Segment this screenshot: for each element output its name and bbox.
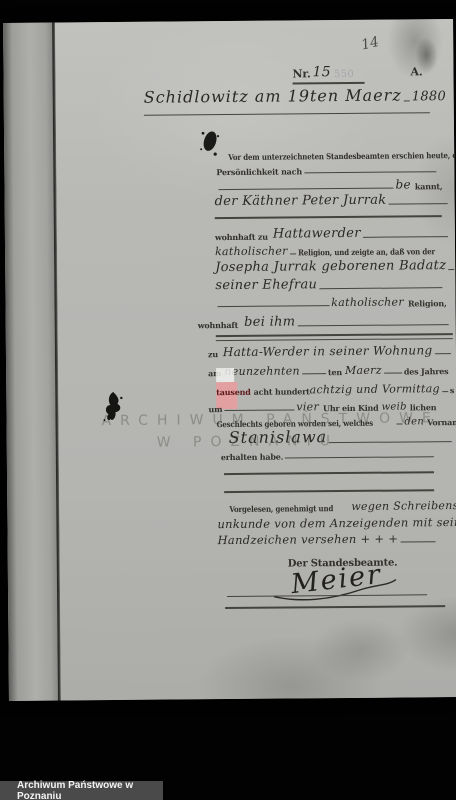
printed-tausend-highlighted: tausend xyxy=(216,387,250,397)
printed-ten: ten xyxy=(328,367,342,377)
handwritten-religion1: katholischer xyxy=(215,245,288,259)
handwritten-weib: weib xyxy=(381,401,406,412)
archive-viewer-screen: 14 Nr. 15 550 A. Schidlowitz am 19ten Ma… xyxy=(0,0,456,800)
handwritten-be: be xyxy=(395,177,411,191)
form-line-ehefrau: seiner Ehefrau xyxy=(215,276,444,293)
form-line-bei-ihm: wohnhaft bei ihm xyxy=(198,313,451,330)
dateline-rule xyxy=(404,100,410,101)
printed-zu: zu xyxy=(208,349,218,359)
blank-rule xyxy=(363,236,448,238)
handwritten-day: neunzehnten xyxy=(224,364,300,378)
faint-stamp-number: 550 xyxy=(334,69,354,80)
blank-rule xyxy=(396,424,402,425)
ink-smudge xyxy=(401,27,444,89)
blank-rule xyxy=(219,188,394,191)
form-line-erhalten: erhalten habe. xyxy=(221,450,436,462)
ink-blot xyxy=(100,390,126,424)
blank-rule xyxy=(448,269,454,270)
archive-name-badge: Archiwum Państwowe w Poznaniu xyxy=(0,781,163,800)
blank-rule xyxy=(224,409,294,411)
dateline-row: Schidlowitz am 19ten Maerz 1880 xyxy=(144,85,432,107)
blank-rule xyxy=(302,373,326,374)
handwritten-hour: vier xyxy=(296,400,319,413)
scanned-register-page: 14 Nr. 15 550 A. Schidlowitz am 19ten Ma… xyxy=(3,19,456,701)
form-line-child-name: Stanislawa xyxy=(229,426,454,447)
printed-s-suffix: s xyxy=(450,385,454,395)
blank-rule xyxy=(285,456,434,458)
record-number-value: 15 xyxy=(313,64,332,80)
handwritten-bei-ihm: bei ihm xyxy=(244,314,295,329)
blank-rule xyxy=(290,253,296,254)
record-number-label: Nr. xyxy=(292,67,310,80)
form-line-birthdate: am neunzehnten ten Maerz des Jahres xyxy=(208,363,453,378)
handwritten-achtzig: achtzig und Vormittag xyxy=(310,382,440,396)
printed-des-jahres: des Jahres xyxy=(404,366,449,376)
handwritten-mother: Josepha Jurrak geborenen Badatz xyxy=(215,258,446,275)
printed-wohnhaft-zu: wohnhaft zu xyxy=(215,232,268,242)
form-line-bekannt: be kannt, xyxy=(216,177,442,193)
blank-rule xyxy=(304,171,436,173)
handwritten-religion2: katholischer xyxy=(331,295,404,309)
blank-rule xyxy=(297,324,448,326)
printed-persona: Persönlichkeit nach xyxy=(216,166,302,177)
printed-religion1: Religion, und zeigte an, daß von der xyxy=(298,246,435,257)
form-line-hour: um vier Uhr ein Kind weib lichen xyxy=(208,399,455,414)
blank-rule xyxy=(434,353,450,354)
handwritten-month: Maerz xyxy=(345,364,382,377)
form-corner-letter: A. xyxy=(410,65,422,78)
ink-splatter xyxy=(197,127,223,161)
blank-rule xyxy=(218,305,330,307)
printed-religion2: Religion, xyxy=(408,298,447,308)
handwritten-closing1: wegen Schreibens- xyxy=(351,499,456,513)
handwritten-residence: Hattawerder xyxy=(273,226,361,242)
printed-vorgelesen: Vorgelesen, genehmigt und xyxy=(229,503,333,514)
printed-wohnhaft: wohnhaft xyxy=(198,320,238,330)
handwritten-closing2: unkunde von dem Anzeigenden mit seinem xyxy=(217,515,456,531)
archive-name-label: Archiwum Państwowe w Poznaniu xyxy=(17,780,163,800)
blank-rule xyxy=(388,203,447,205)
form-line-closing3: Handzeichen versehen + + + xyxy=(218,531,438,547)
printed-intro: Vor dem unterzeichneten Standesbeamten e… xyxy=(228,150,456,162)
form-line-closing2: unkunde von dem Anzeigenden mit seinem xyxy=(217,515,449,531)
form-line-persona: Persönlichkeit nach xyxy=(216,165,438,177)
form-line-residence: wohnhaft zu Hattawerder xyxy=(215,225,450,242)
handwritten-closing3: Handzeichen versehen + + + xyxy=(218,532,399,548)
blank-rule xyxy=(384,373,402,374)
printed-kannt: kannt, xyxy=(415,181,443,191)
book-gutter-page-edge xyxy=(3,23,58,701)
blank-rule xyxy=(329,441,452,443)
form-line-birthplace: zu Hatta-Werder in seiner Wohnung xyxy=(208,343,453,359)
dateline-place-date: Schidlowitz am 19ten Maerz xyxy=(144,86,402,107)
signature-flourish xyxy=(270,576,400,603)
blank-rule xyxy=(400,541,435,542)
handwritten-birthplace: Hatta-Werder in seiner Wohnung xyxy=(223,343,433,359)
form-line-mother: Josepha Jurrak geborenen Badatz xyxy=(215,258,444,275)
handwritten-ehefrau: seiner Ehefrau xyxy=(215,277,317,293)
form-line-religion-father: katholischer Religion, und zeigte an, da… xyxy=(215,243,441,258)
printed-erhalten-habe: erhalten habe. xyxy=(221,452,283,463)
form-line-declarant: der Käthner Peter Jurrak xyxy=(215,192,450,209)
previous-hit-highlight xyxy=(216,368,234,382)
handwritten-declarant: der Käthner Peter Jurrak xyxy=(215,193,387,209)
printed-uhr-ein-kind: Uhr ein Kind xyxy=(323,403,379,413)
dateline-year: 1880 xyxy=(412,89,446,104)
record-number-row: Nr. 15 550 xyxy=(292,64,354,81)
handwritten-child-name: Stanislawa xyxy=(229,427,328,447)
printed-acht-hundert: acht hundert xyxy=(254,386,310,396)
form-line-religion-mother: katholischer Religion, xyxy=(215,295,446,310)
printed-lichen: lichen xyxy=(410,402,437,412)
form-line-intro: Vor dem unterzeichneten Standesbeamten e… xyxy=(228,150,440,162)
blank-rule xyxy=(442,391,448,392)
printed-um: um xyxy=(208,404,222,414)
form-line-vorgelesen: Vorgelesen, genehmigt und wegen Schreibe… xyxy=(229,499,447,514)
blank-rule xyxy=(319,287,442,289)
form-line-year-words: tausend acht hundert achtzig und Vormitt… xyxy=(216,382,453,397)
